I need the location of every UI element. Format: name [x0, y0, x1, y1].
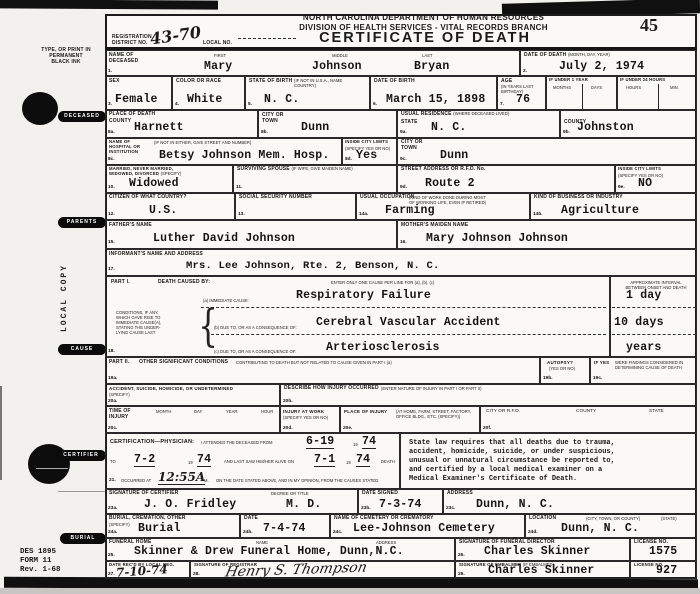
field-sublabel-city: (CITY, TOWN, OR COUNTY) — [586, 516, 640, 521]
field-number: 2. — [523, 69, 527, 74]
field-number: 24b. — [243, 530, 253, 535]
degree-value: M. D. — [286, 498, 322, 511]
field-number: 19c. — [593, 376, 602, 381]
field-4-color-or-race: COLOR OR RACE 4. White — [172, 76, 245, 110]
last-seen-alive-year: 74 — [356, 453, 370, 467]
field-value: 7-3-74 — [379, 498, 422, 511]
interval-b-rule — [612, 334, 696, 335]
col-header-county: COUNTY — [576, 409, 596, 415]
field-number: 17. — [108, 267, 115, 272]
field-label: BURIAL, CREMATION, OTHER — [109, 516, 186, 522]
field-16-mothers-maiden-name: MOTHER'S MAIDEN NAME 16. Mary Johnson Jo… — [397, 220, 697, 249]
field-label: STREET ADDRESS OR R.F.D. No. — [401, 167, 486, 173]
field-1-name-of-deceased: NAME OF DECEASED 1. FIRST MIDDLE LAST Ma… — [105, 50, 520, 76]
occurred-at-label: OCCURRED AT — [121, 478, 151, 483]
margin-tab-burial: BURIAL — [60, 533, 106, 544]
margin-stamp-line-1 — [36, 468, 68, 469]
death-caused-by-label: DEATH CAUSED BY: — [158, 280, 210, 286]
col-divider — [582, 84, 583, 109]
field-value: Johnston — [577, 121, 634, 134]
field-label: COUNTY — [109, 119, 131, 125]
field-value: 1575 — [649, 545, 677, 558]
field-value: Mary Johnson Johnson — [426, 232, 568, 245]
part2-label: PART II. — [109, 360, 129, 366]
field-if-under-1-year: IF UNDER 1 YEAR MONTHS DAYS — [546, 76, 617, 110]
field-value: 927 — [656, 564, 677, 577]
cause-b-label: (b) DUE TO, OR AS A CONSEQUENCE OF: — [214, 325, 297, 330]
col-header-min: MIN. — [670, 85, 679, 90]
field-number: 15. — [108, 240, 115, 245]
field-value: Agriculture — [561, 204, 639, 217]
field-label: IF UNDER 1 YEAR — [549, 78, 588, 83]
field-label: NAME OF HOSPITAL OR INSTITUTION — [109, 140, 140, 155]
attended-from-date: 6-19 — [306, 435, 334, 449]
field-number: 11. — [236, 185, 242, 190]
field-8b-city-or-town: CITY OR TOWN 8b. Dunn — [258, 110, 397, 138]
field-value: Farming — [385, 204, 435, 217]
field-number: 20b. — [283, 399, 293, 404]
preprinted-19: 19 — [346, 460, 351, 465]
state-law-text: State law requires that all deaths due t… — [409, 439, 615, 484]
field-label: DATE SIGNED — [362, 491, 398, 497]
margin-tab-cause: CAUSE — [58, 344, 106, 355]
field-value: N. C. — [264, 93, 300, 106]
local-no-label: LOCAL NO. — [203, 41, 232, 47]
field-sublabel-state: (STATE) — [661, 516, 677, 521]
margin-tab-deceased: DECEASED — [58, 111, 106, 122]
margin-tab-parents: PARENTS — [58, 217, 106, 228]
usual-residence-header: USUAL RESIDENCE (WHERE DECEASED LIVED) — [401, 112, 509, 118]
last-seen-alive-date: 7-1 — [314, 453, 335, 467]
field-number: 26. — [458, 553, 465, 558]
field-value: 7-4-74 — [263, 522, 306, 535]
part1-note: ENTER ONLY ONE CAUSE PER LINE FOR (a), (… — [331, 280, 434, 285]
field-number: 5. — [248, 102, 252, 107]
ink-instruction: TYPE, OR PRINT IN PERMANENT BLACK INK — [30, 48, 102, 65]
field-value: Dunn — [301, 121, 329, 134]
field-number: 10. — [108, 185, 115, 190]
field-value: Luther David Johnson — [153, 232, 295, 245]
field-value: Mrs. Lee Johnson, Rte. 2, Benson, N. C. — [186, 260, 440, 272]
field-label: COLOR OR RACE — [176, 79, 221, 85]
field-number: 8d. — [345, 157, 352, 162]
preprinted-19: 19 — [188, 460, 193, 465]
field-number: 6. — [373, 102, 377, 107]
col-divider — [658, 84, 659, 109]
field-24c-cemetery: NAME OF CEMETERY OR CREMATORY 24c. Lee-J… — [330, 514, 525, 538]
field-19c-findings-considered: IF YES WERE FINDINGS CONSIDERED IN DETER… — [590, 357, 697, 384]
field-label: PLACE OF INJURY — [344, 409, 387, 414]
field-label: INJURY AT WORK — [283, 409, 324, 414]
field-number: 28. — [193, 572, 200, 577]
field-20f-injury-location: CITY OR R.F.D. COUNTY STATE 20f. — [480, 406, 697, 433]
conditions-note: CONDITIONS, IF ANY, WHICH GAVE RISE TO I… — [116, 310, 161, 335]
field-number: 24a. — [108, 530, 117, 535]
field-19b-autopsy: AUTOPSY? (YES OR NO) 19b. — [540, 357, 590, 384]
field-label: ADDRESS — [447, 491, 473, 497]
field-number: 20d. — [283, 426, 293, 431]
field-12-citizen: CITIZEN OF WHAT COUNTRY? 12. U.S. — [105, 193, 235, 220]
field-number: 23b. — [361, 506, 371, 511]
field-sublabel: (IF NOT IN EITHER, GIVE STREET AND NUMBE… — [154, 140, 251, 145]
col-header-middle: MIDDLE — [332, 53, 348, 58]
date-received-value: 7-10-74 — [116, 562, 169, 580]
field-24d-location: LOCATION (CITY, TOWN, OR COUNTY) (STATE)… — [525, 514, 697, 538]
scan-fold-line — [0, 386, 2, 480]
field-label: INSIDE CITY LIMITS — [618, 167, 661, 172]
state-law-notice-box: State law requires that all deaths due t… — [400, 433, 697, 489]
field-number: 24c. — [333, 530, 342, 535]
field-label: CITIZEN OF WHAT COUNTRY? — [109, 195, 187, 201]
cause-a-rule — [201, 307, 606, 308]
place-of-death-header: PLACE OF DEATH — [109, 112, 155, 118]
field-number: 4. — [175, 102, 179, 107]
field-value-middle: Johnson — [312, 60, 362, 73]
field-8a-county: PLACE OF DEATH COUNTY 8a. Harnett — [105, 110, 258, 138]
field-label: KIND OF BUSINESS OR INDUSTRY — [534, 195, 623, 201]
certificate-number: 45 — [640, 15, 658, 36]
field-license-no-embalmer: LICENSE NO. 927 — [630, 561, 697, 579]
field-value: Charles Skinner — [488, 564, 595, 577]
field-label: MOTHER'S MAIDEN NAME — [401, 223, 468, 229]
field-9c-city-or-town: CITY OR TOWN 9c. Dunn — [397, 138, 697, 165]
field-number: 1. — [108, 69, 112, 74]
field-sublabel: (YES OR NO) — [549, 366, 575, 371]
field-number: 25. — [108, 553, 115, 558]
field-value: Female — [115, 93, 158, 106]
cause-c-label: (c) DUE TO, OR AS A CONSEQUENCE OF: — [214, 349, 296, 354]
cause-c-value: Arteriosclerosis — [326, 341, 440, 354]
field-value: Burial — [138, 522, 181, 535]
col-header-month: MONTH — [156, 409, 171, 414]
field-15-fathers-name: FATHER'S NAME 15. Luther David Johnson — [105, 220, 397, 249]
field-24a-burial-cremation: BURIAL, CREMATION, OTHER (SPECIFY) 24a. … — [105, 514, 240, 538]
field-20a-manner: ACCIDENT, SUICIDE, HOMICIDE, OR UNDETERM… — [105, 384, 280, 406]
field-label: DATE — [244, 516, 258, 522]
part2-other-significant-conditions: PART II. OTHER SIGNIFICANT CONDITIONS CO… — [105, 357, 540, 384]
field-24b-date: DATE 24b. 7-4-74 — [240, 514, 330, 538]
field-value: Betsy Johnson Mem. Hosp. — [159, 149, 329, 162]
certification-phrase-1: I ATTENDED THE DECEASED FROM — [201, 440, 273, 445]
death-word: DEATH — [381, 459, 395, 464]
interval-a-rule — [612, 307, 696, 308]
col-header-hours: HOURS — [626, 85, 641, 90]
field-label: MARRIED, NEVER MARRIED, WIDOWED, DIVORCE… — [109, 167, 181, 177]
field-label: TIME OF INJURY — [109, 409, 131, 421]
field-27-date-received: DATE REC'D BY LOCAL REG. 27. 7-10-74 — [105, 561, 190, 579]
field-value: Dunn — [440, 149, 468, 162]
time-of-death-value: 12:55A — [158, 470, 205, 485]
col-header-last: LAST — [422, 53, 432, 58]
field-value: March 15, 1898 — [386, 93, 485, 106]
field-number: 9d. — [400, 185, 407, 190]
field-8c-hospital: NAME OF HOSPITAL OR INSTITUTION (IF NOT … — [105, 138, 342, 165]
field-5-state-of-birth: STATE OF BIRTH (IF NOT IN U.S.A., NAME C… — [245, 76, 370, 110]
field-sublabel: CONTRIBUTING TO DEATH BUT NOT RELATED TO… — [236, 360, 392, 365]
field-number: 21. — [109, 478, 116, 483]
field-9d-street-address: STREET ADDRESS OR R.F.D. No. 9d. Route 2 — [397, 165, 615, 193]
part1-label: PART I. — [111, 280, 130, 286]
to-word: TO — [110, 459, 116, 464]
field-number: 19b. — [543, 376, 553, 381]
field-number: 7. — [500, 102, 504, 107]
field-6-date-of-birth: DATE OF BIRTH 6. March 15, 1898 — [370, 76, 497, 110]
registration-district-label: REGISTRATION DISTRICT NO. — [112, 35, 152, 47]
field-3-sex: SEX 3. Female — [105, 76, 172, 110]
field-number: 20e. — [343, 426, 352, 431]
field-26-funeral-director-signature: SIGNATURE OF FUNERAL DIRECTOR 26. Charle… — [455, 538, 630, 561]
margin-tab-certifier: CERTIFIER — [56, 450, 106, 461]
field-number: 13. — [238, 212, 245, 217]
col-header-city-or-rfd: CITY OR R.F.D. — [486, 409, 520, 415]
field-14a-usual-occupation: USUAL OCCUPATION (KIND OF WORK DONE DURI… — [356, 193, 530, 220]
field-9b-county: COUNTY 9b. Johnston — [560, 110, 697, 138]
field-9e-inside-city-limits: INSIDE CITY LIMITS (SPECIFY YES OR NO) 9… — [615, 165, 697, 193]
field-23c-address: ADDRESS 23c. Dunn, N. C. — [443, 489, 697, 514]
field-label: STATE OF BIRTH (IF NOT IN U.S.A., NAME C… — [249, 79, 342, 89]
cause-b-value: Cerebral Vascular Accident — [316, 316, 501, 329]
field-label: ACCIDENT, SUICIDE, HOMICIDE, OR UNDETERM… — [109, 386, 233, 391]
field-number: 9b. — [563, 130, 570, 135]
certification-phrase-2: AND LAST SAW HIM/HER ALIVE ON — [224, 459, 294, 464]
certifier-signature-value: J. O. Fridley — [144, 498, 236, 511]
field-label: INSIDE CITY LIMITS — [345, 140, 388, 145]
field-value: Charles Skinner — [484, 545, 591, 558]
field-label: DESCRIBE HOW INJURY OCCURRED — [284, 386, 379, 392]
field-20b-how-injury-occurred: DESCRIBE HOW INJURY OCCURRED (ENTER NATU… — [280, 384, 697, 406]
field-29-embalmer-signature: SIGNATURE OF EMBALMER (IF EMBALMED) 29. … — [455, 561, 630, 579]
certification-physician-box: CERTIFICATION—PHYSICIAN: I ATTENDED THE … — [105, 433, 400, 489]
field-value: Yes — [356, 149, 377, 162]
field-label: CITY OR TOWN — [401, 140, 423, 152]
field-8d-inside-city-limits: INSIDE CITY LIMITS (SPECIFY YES OR NO) 8… — [342, 138, 397, 165]
col-header-months: MONTHS — [553, 85, 571, 90]
certification-phrase-3: ON THE DATE STATED ABOVE, AND IN MY OPIN… — [216, 478, 396, 483]
field-label: LOCATION — [529, 516, 556, 522]
cause-b-rule — [211, 334, 606, 335]
field-number: 8a. — [108, 130, 115, 135]
field-label: SIGNATURE OF CERTIFIER — [109, 491, 179, 497]
field-20d-injury-at-work: INJURY AT WORK (SPECIFY YES OR NO) 20d. — [280, 406, 340, 433]
margin-stamp-line-2 — [58, 491, 105, 492]
degree-or-title-label: DEGREE OR TITLE — [271, 491, 309, 496]
field-value: N. C. — [431, 121, 467, 134]
agency-line-1: NORTH CAROLINA DEPARTMENT OF HUMAN RESOU… — [150, 13, 697, 22]
field-number: 9e. — [618, 185, 625, 190]
field-label: SEX — [109, 79, 120, 85]
col-header-days: DAYS — [591, 85, 602, 90]
field-7-age: AGE (IN YEARS LAST BIRTHDAY) 7. 76 — [497, 76, 546, 110]
field-number: 8b. — [261, 130, 268, 135]
field-23a-signature-of-certifier: SIGNATURE OF CERTIFIER DEGREE OR TITLE 2… — [105, 489, 358, 514]
cause-a-interval: 1 day — [626, 289, 662, 302]
field-value: Harnett — [134, 121, 184, 134]
field-label: SURVIVING SPOUSE (IF WIFE, GIVE MAIDEN N… — [237, 167, 353, 173]
scan-edge-top-left — [0, 0, 218, 10]
field-label: FATHER'S NAME — [109, 223, 152, 229]
interval-column-divider — [609, 277, 611, 356]
field-28-registrar-signature: SIGNATURE OF REGISTRAR 28. Henry S. Thom… — [190, 561, 455, 579]
field-23b-date-signed: DATE SIGNED 23b. 7-3-74 — [358, 489, 443, 514]
field-license-no-director: LICENSE NO. 1575 — [630, 538, 697, 561]
field-sublabel: (SPECIFY) — [109, 392, 130, 397]
field-value: Widowed — [129, 177, 179, 190]
field-20e-place-of-injury: PLACE OF INJURY (AT HOME, FARM, STREET, … — [340, 406, 480, 433]
field-value-last: Bryan — [414, 60, 450, 73]
cause-b-interval: 10 days — [614, 316, 664, 329]
field-value: Lee-Johnson Cemetery — [353, 522, 495, 535]
field-17-informant: INFORMANT'S NAME AND ADDRESS 17. Mrs. Le… — [105, 249, 697, 276]
col-header-year: YEAR — [226, 409, 237, 414]
field-number: 23a. — [108, 506, 117, 511]
field-9a-state: USUAL RESIDENCE (WHERE DECEASED LIVED) S… — [397, 110, 560, 138]
field-number: 8c. — [108, 157, 115, 162]
col-header-first: FIRST — [214, 53, 226, 58]
field-label: NAME OF DECEASED — [109, 53, 138, 65]
form-code: DES 1895 FORM 11 Rev. 1-68 — [20, 548, 61, 575]
field-number: 23c. — [446, 506, 455, 511]
field-11-surviving-spouse: SURVIVING SPOUSE (IF WIFE, GIVE MAIDEN N… — [233, 165, 397, 193]
field-number: 18. — [108, 349, 115, 354]
field-value-first: Mary — [204, 60, 232, 73]
field-number: 14b. — [533, 212, 543, 217]
field-label: NAME OF CEMETERY OR CREMATORY — [334, 516, 434, 522]
field-value: U.S. — [149, 204, 177, 217]
field-label: DATE OF DEATH (MONTH, DAY, YEAR) — [524, 53, 610, 59]
certification-title: CERTIFICATION—PHYSICIAN: — [110, 439, 194, 445]
hole-punch-top — [22, 92, 58, 125]
field-14b-industry: KIND OF BUSINESS OR INDUSTRY 14b. Agricu… — [530, 193, 697, 220]
field-if-under-24-hours: IF UNDER 24 HOURS HOURS MIN. — [617, 76, 697, 110]
cause-a-value: Respiratory Failure — [296, 289, 431, 302]
field-number: 20c. — [108, 426, 117, 431]
col-header-state: STATE — [649, 409, 664, 415]
field-sublabel: (ENTER NATURE OF INJURY IN PART I OR PAR… — [381, 386, 482, 391]
attended-from-year: 74 — [362, 435, 376, 449]
death-certificate-scan: { "header": { "agency1": "NORTH CAROLINA… — [0, 0, 700, 594]
field-value: July 2, 1974 — [559, 60, 644, 73]
field-sublabel: (AT HOME, FARM, STREET, FACTORY, OFFICE … — [396, 409, 471, 419]
field-value: 76 — [516, 93, 530, 106]
field-sublabel: WERE FINDINGS CONSIDERED IN DETERMINING … — [615, 360, 683, 370]
form-title: CERTIFICATE OF DEATH — [280, 30, 570, 46]
field-label: INFORMANT'S NAME AND ADDRESS — [109, 252, 203, 258]
col-header-hour: HOUR — [261, 409, 273, 414]
attended-to-date: 7-2 — [134, 453, 155, 467]
field-label: OTHER SIGNIFICANT CONDITIONS — [139, 360, 228, 366]
field-number: 24d. — [528, 530, 538, 535]
field-sublabel: (SPECIFY YES OR NO) — [283, 415, 328, 420]
field-label: SOCIAL SECURITY NUMBER — [239, 195, 312, 201]
field-label: AUTOPSY? — [547, 360, 573, 365]
field-number: 29. — [458, 572, 465, 577]
field-number: 9a. — [400, 130, 407, 135]
field-value: Route 2 — [425, 177, 475, 190]
field-number: 12. — [108, 212, 115, 217]
field-20c-time-of-injury: TIME OF INJURY MONTH DAY YEAR HOUR 20c. — [105, 406, 280, 433]
field-label: USUAL OCCUPATION — [360, 195, 415, 201]
field-value: NO — [638, 177, 652, 190]
field-2-date-of-death: DATE OF DEATH (MONTH, DAY, YEAR) 2. July… — [520, 50, 697, 76]
field-label: CITY OR TOWN — [262, 113, 284, 125]
meridiem-label: M. — [204, 478, 209, 483]
field-label: STATE — [401, 120, 418, 126]
field-number: 3. — [108, 102, 112, 107]
field-number: 20a. — [108, 399, 117, 404]
field-number: 27. — [108, 572, 115, 577]
scan-edge-bottom-gray — [0, 588, 700, 594]
field-value: Dunn, N. C. — [561, 522, 639, 535]
local-copy-vertical-label: LOCAL COPY — [60, 264, 69, 332]
field-label: DATE OF BIRTH — [374, 79, 415, 85]
preprinted-19: 19 — [353, 442, 358, 447]
field-number: 14a. — [359, 212, 368, 217]
field-number: 9c. — [400, 157, 407, 162]
field-25-funeral-home: FUNERAL HOME NAME ADDRESS 25. Skinner & … — [105, 538, 455, 561]
cause-c-interval: years — [626, 341, 662, 354]
field-number: 19a. — [108, 376, 117, 381]
part1-death-caused-by: PART I. DEATH CAUSED BY: ENTER ONLY ONE … — [105, 276, 697, 357]
field-value: Skinner & Drew Funeral Home, Dunn,N.C. — [134, 545, 404, 558]
field-13-ssn: SOCIAL SECURITY NUMBER 13. — [235, 193, 356, 220]
field-10-marital-status: MARRIED, NEVER MARRIED, WIDOWED, DIVORCE… — [105, 165, 233, 193]
col-header-day: DAY — [194, 409, 202, 414]
field-number: 16. — [400, 240, 407, 245]
field-value: Dunn, N. C. — [476, 498, 554, 511]
field-label: IF YES — [594, 360, 609, 365]
attended-to-year: 74 — [197, 453, 211, 467]
field-value: White — [187, 93, 223, 106]
field-number: 20f. — [483, 426, 491, 431]
field-sublabel: (SPECIFY) — [109, 522, 130, 527]
field-label: IF UNDER 24 HOURS — [620, 78, 665, 83]
